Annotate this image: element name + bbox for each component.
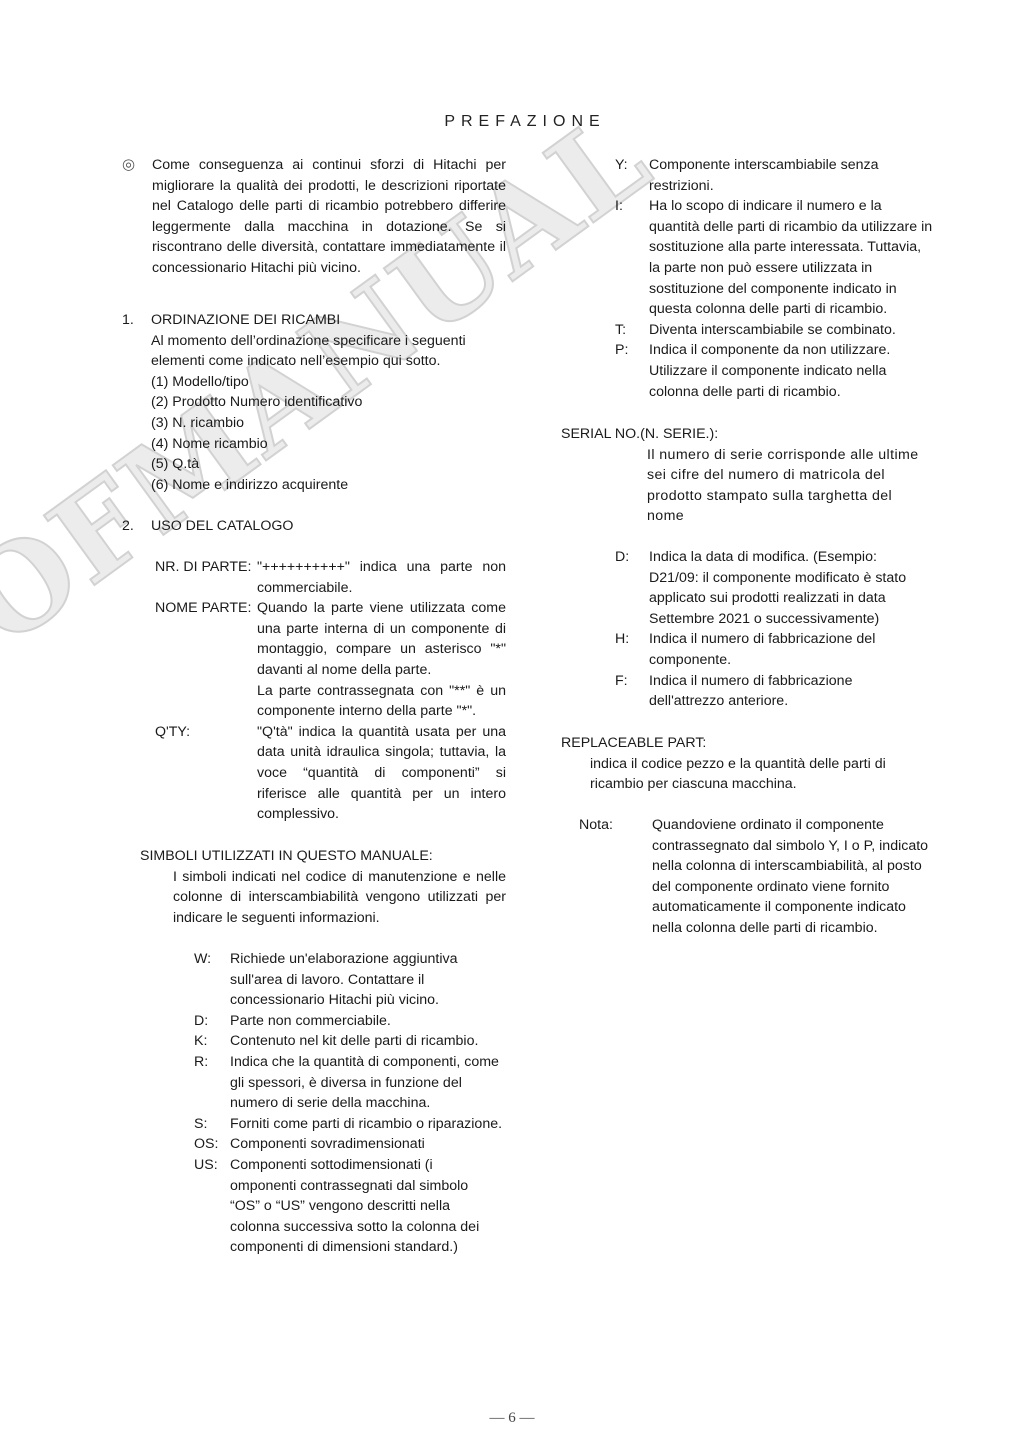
symbol-code: S: bbox=[194, 1114, 230, 1135]
order-item: (6) Nome e indirizzo acquirente bbox=[151, 475, 506, 496]
serial-item: D:Indica la data di modifica. (Esempio: … bbox=[615, 547, 945, 629]
intro-text: Come conseguenza ai continui sforzi di H… bbox=[152, 155, 506, 279]
order-item: (1) Modello/tipo bbox=[151, 372, 506, 393]
serial-section: SERIAL NO.(N. SERIE.): Il numero di seri… bbox=[561, 424, 941, 527]
symbol-item: D:Parte non commerciabile. bbox=[194, 1011, 514, 1032]
page-title: PREFAZIONE bbox=[0, 113, 1024, 131]
section-catalog-use: 2. USO DEL CATALOGO bbox=[122, 516, 506, 537]
symbol-text: Richiede un'elaborazione aggiuntiva sull… bbox=[230, 949, 480, 1011]
section-heading: ORDINAZIONE DEI RICAMBI bbox=[151, 310, 340, 331]
symbol-code: K: bbox=[194, 1031, 230, 1052]
symbol-code: W: bbox=[194, 949, 230, 1011]
definition-term: NR. DI PARTE: bbox=[155, 557, 257, 598]
interchange-text: Componente interscambiabile senza restri… bbox=[649, 155, 899, 196]
interchange-item: T:Diventa interscambiabile se combinato. bbox=[615, 320, 945, 341]
serial-item: F:Indica il numero di fabbricazione dell… bbox=[615, 671, 945, 712]
serial-text: Indica il numero di fabbricazione del co… bbox=[649, 629, 894, 670]
double-circle-icon: ◎ bbox=[122, 155, 152, 279]
interchange-item: I:Ha lo scopo di indicare il numero e la… bbox=[615, 196, 945, 320]
definition-part-number: NR. DI PARTE: "++++++++++" indica una pa… bbox=[155, 557, 506, 598]
symbol-text: Contenuto nel kit delle parti di ricambi… bbox=[230, 1031, 478, 1052]
symbol-code: OS: bbox=[194, 1134, 230, 1155]
symbols-text: I simboli indicati nel codice di manuten… bbox=[173, 867, 506, 929]
symbol-item: K:Contenuto nel kit delle parti di ricam… bbox=[194, 1031, 514, 1052]
order-item: (4) Nome ricambio bbox=[151, 434, 506, 455]
section-number: 1. bbox=[122, 310, 151, 331]
symbol-text: Indica che la quantità di componenti, co… bbox=[230, 1052, 510, 1114]
symbol-item: OS:Componenti sovradimensionati bbox=[194, 1134, 514, 1155]
section-heading: USO DEL CATALOGO bbox=[151, 516, 293, 537]
interchange-code: Y: bbox=[615, 155, 649, 196]
order-item: (3) N. ricambio bbox=[151, 413, 506, 434]
note-text: Quandoviene ordinato il componente contr… bbox=[652, 815, 937, 939]
symbols-section: SIMBOLI UTILIZZATI IN QUESTO MANUALE: I … bbox=[140, 846, 506, 928]
symbol-text: Parte non commerciabile. bbox=[230, 1011, 391, 1032]
definition-text: "Q'tà" indica la quantità usata per una … bbox=[257, 722, 506, 825]
interchange-item: Y:Componente interscambiabile senza rest… bbox=[615, 155, 945, 196]
serial-code: F: bbox=[615, 671, 649, 712]
section-text: Al momento dell’ordinazione specificare … bbox=[151, 331, 491, 372]
definition-term: NOME PARTE: bbox=[155, 598, 257, 722]
replaceable-text: indica il codice pezzo e la quantità del… bbox=[590, 754, 910, 795]
interchange-code: T: bbox=[615, 320, 649, 341]
interchange-list: Y:Componente interscambiabile senza rest… bbox=[615, 155, 945, 402]
definition-extra: La parte contrassegnata con "**" è un co… bbox=[257, 681, 506, 722]
interchange-text: Indica il componente da non utilizzare. … bbox=[649, 340, 909, 402]
symbol-item: W:Richiede un'elaborazione aggiuntiva su… bbox=[194, 949, 514, 1011]
symbol-text: Componenti sovradimensionati bbox=[230, 1134, 425, 1155]
replaceable-section: REPLACEABLE PART: indica il codice pezzo… bbox=[561, 733, 941, 795]
definition-part-name: NOME PARTE: Quando la parte viene utiliz… bbox=[155, 598, 506, 722]
definition-text: Quando la parte viene utilizzata come un… bbox=[257, 598, 506, 680]
order-item: (5) Q.tà bbox=[151, 454, 506, 475]
definitions-list: NR. DI PARTE: "++++++++++" indica una pa… bbox=[155, 557, 506, 825]
section-ordering: 1. ORDINAZIONE DEI RICAMBI Al momento de… bbox=[122, 310, 506, 495]
symbol-item: S:Forniti come parti di ricambio o ripar… bbox=[194, 1114, 514, 1135]
definition-quantity: Q'TY: "Q'tà" indica la quantità usata pe… bbox=[155, 722, 506, 825]
interchange-code: I: bbox=[615, 196, 649, 320]
definition-text: "++++++++++" indica una parte non commer… bbox=[257, 557, 506, 598]
serial-text: Il numero di serie corrisponde alle ulti… bbox=[647, 445, 933, 527]
serial-item: H:Indica il numero di fabbricazione del … bbox=[615, 629, 945, 670]
symbol-text: Forniti come parti di ricambio o riparaz… bbox=[230, 1114, 502, 1135]
interchange-text: Diventa interscambiabile se combinato. bbox=[649, 320, 896, 341]
interchange-item: P:Indica il componente da non utilizzare… bbox=[615, 340, 945, 402]
symbol-code: R: bbox=[194, 1052, 230, 1114]
serial-heading: SERIAL NO.(N. SERIE.): bbox=[561, 424, 941, 445]
interchange-code: P: bbox=[615, 340, 649, 402]
definition-term: Q'TY: bbox=[155, 722, 257, 825]
replaceable-heading: REPLACEABLE PART: bbox=[561, 733, 941, 754]
symbol-item: R:Indica che la quantità di componenti, … bbox=[194, 1052, 514, 1114]
order-item: (2) Prodotto Numero identificativo bbox=[151, 392, 506, 413]
symbol-code: D: bbox=[194, 1011, 230, 1032]
serial-code: H: bbox=[615, 629, 649, 670]
symbol-code: US: bbox=[194, 1155, 230, 1258]
section-number: 2. bbox=[122, 516, 151, 537]
note: Nota: Quandoviene ordinato il componente… bbox=[579, 815, 944, 939]
serial-text: Indica la data di modifica. (Esempio: D2… bbox=[649, 547, 919, 629]
intro-paragraph: ◎ Come conseguenza ai continui sforzi di… bbox=[122, 155, 506, 279]
symbol-text: Componenti sottodimensionati (i omponent… bbox=[230, 1155, 500, 1258]
symbols-heading: SIMBOLI UTILIZZATI IN QUESTO MANUALE: bbox=[140, 846, 506, 867]
serial-list: D:Indica la data di modifica. (Esempio: … bbox=[615, 547, 945, 712]
symbols-list: W:Richiede un'elaborazione aggiuntiva su… bbox=[194, 949, 514, 1258]
serial-text: Indica il numero di fabbricazione dell'a… bbox=[649, 671, 874, 712]
interchange-text: Ha lo scopo di indicare il numero e la q… bbox=[649, 196, 934, 320]
note-label: Nota: bbox=[579, 815, 652, 939]
symbol-item: US:Componenti sottodimensionati (i ompon… bbox=[194, 1155, 514, 1258]
serial-code: D: bbox=[615, 547, 649, 629]
page-number: — 6 — bbox=[0, 1410, 1024, 1427]
